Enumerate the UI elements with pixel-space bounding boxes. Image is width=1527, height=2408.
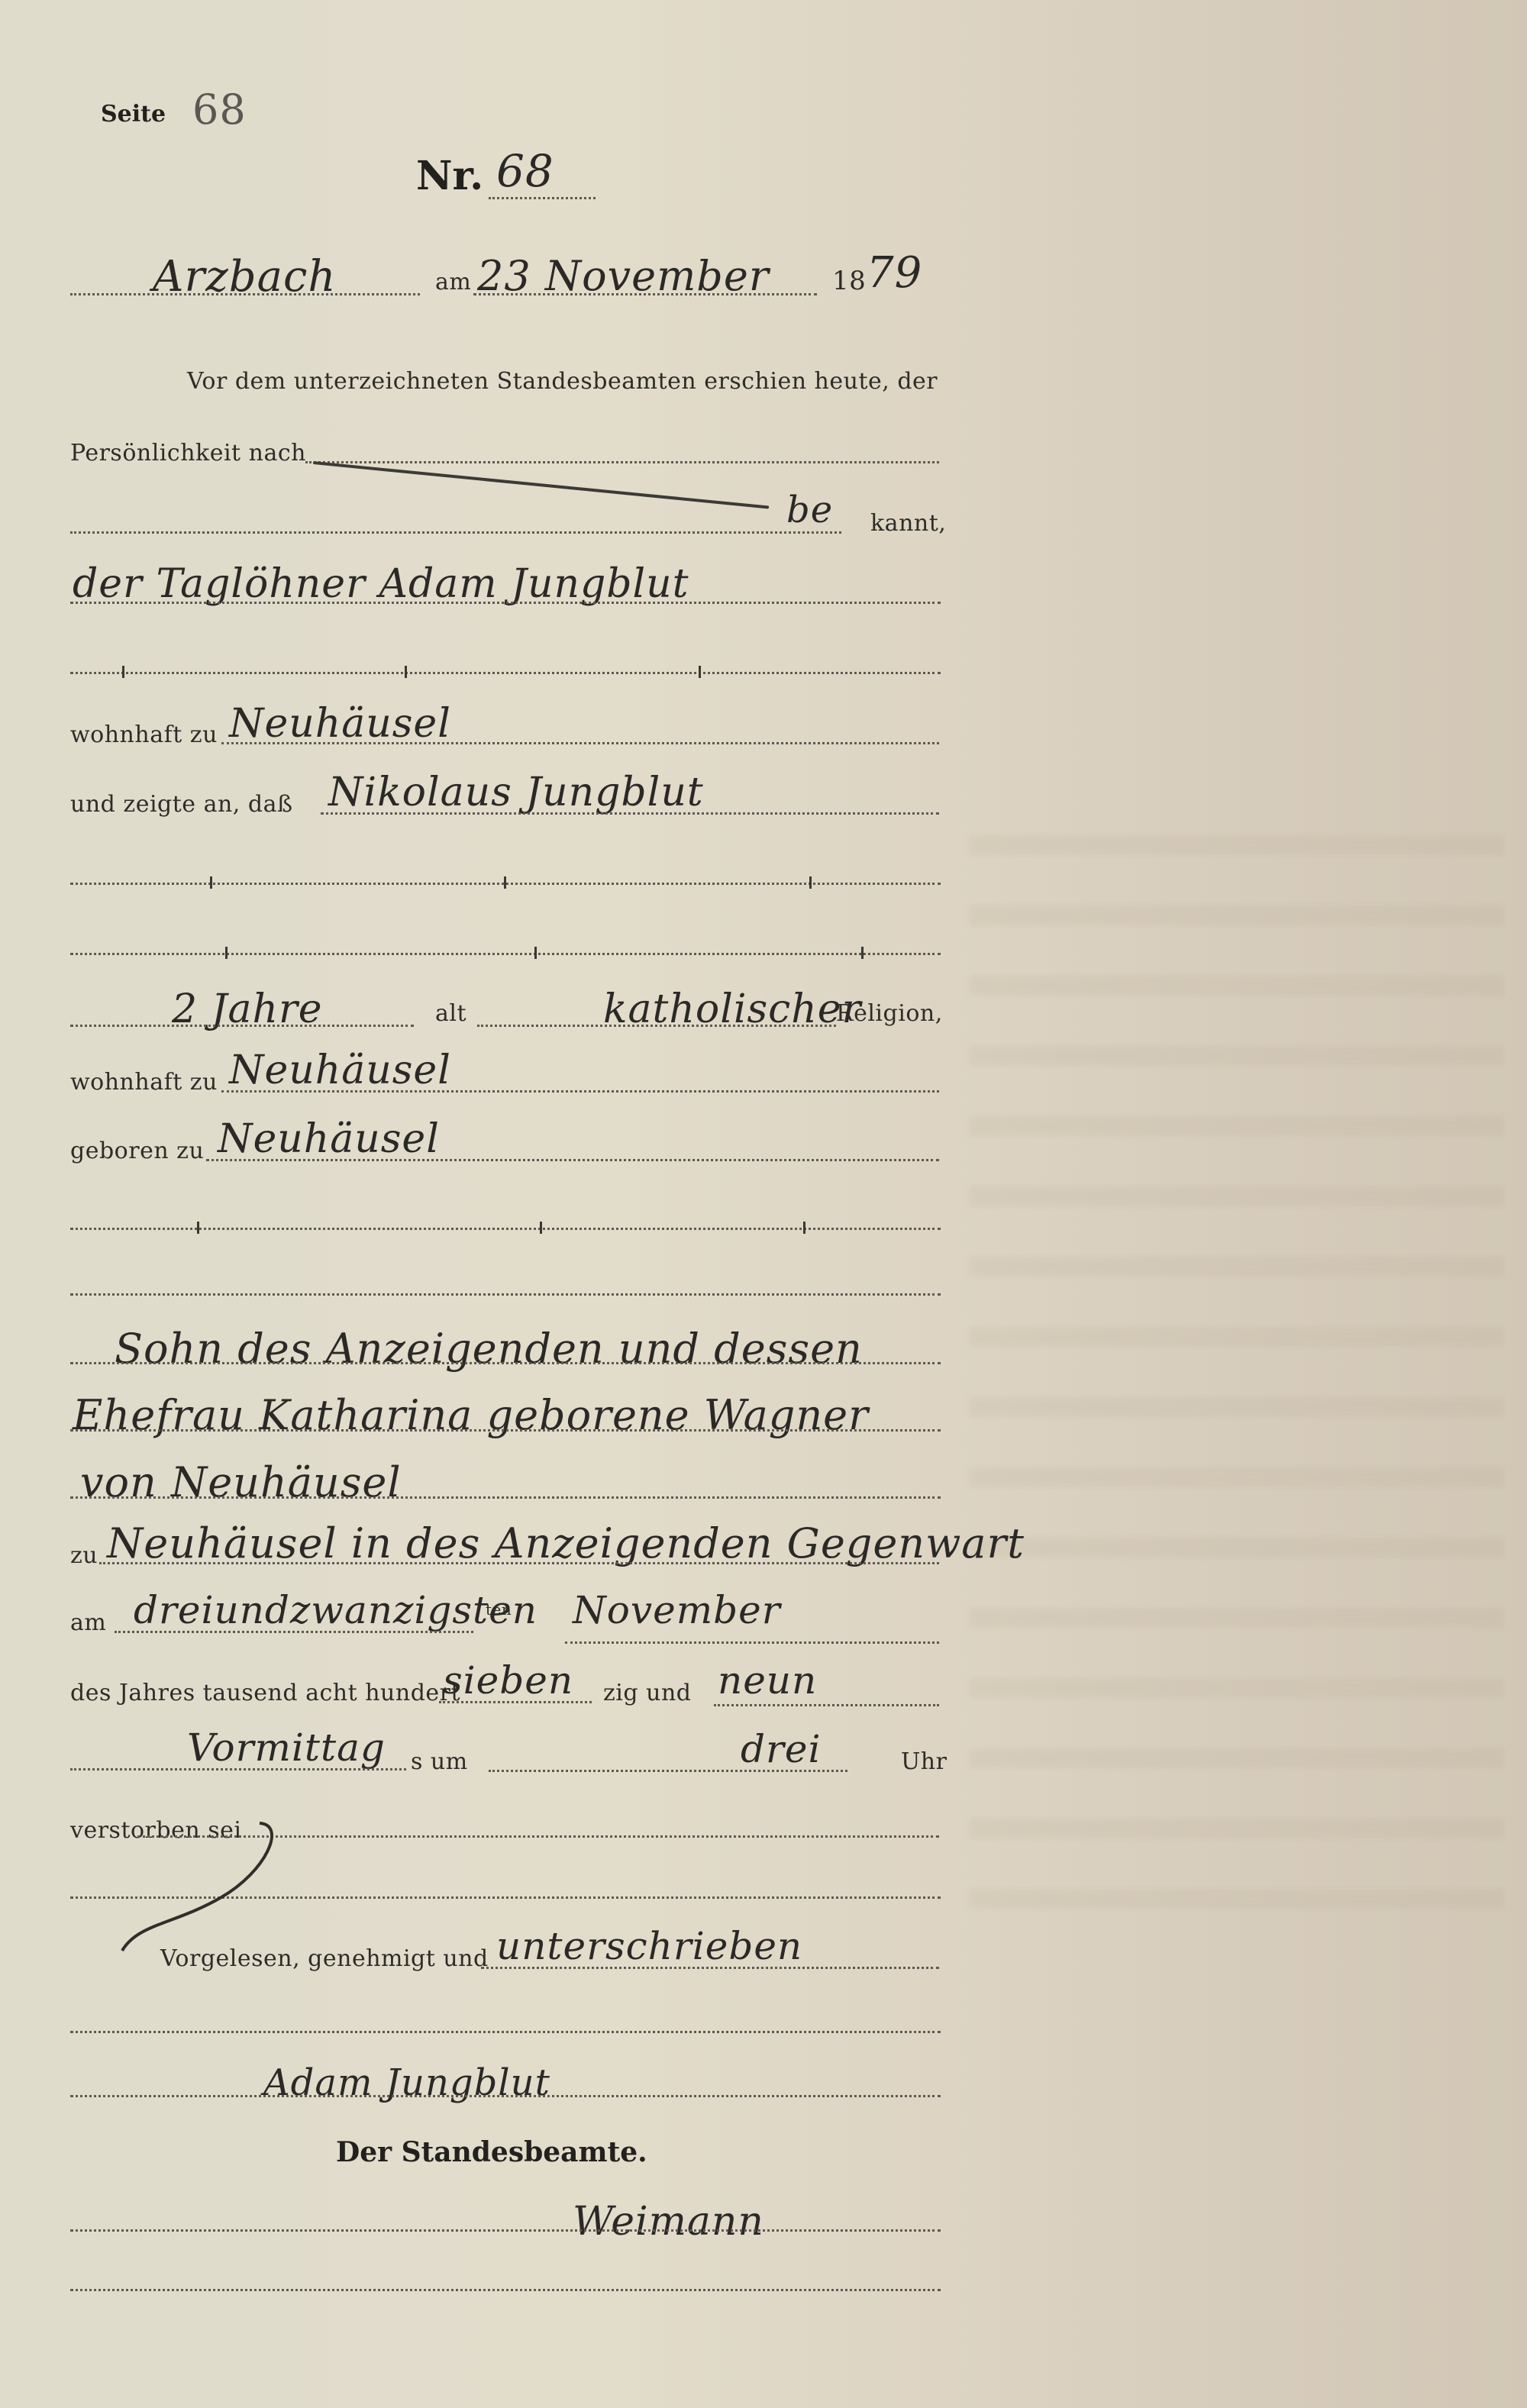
deceased-residence-rule	[221, 1090, 939, 1093]
identity-suffix-hand: be	[786, 489, 833, 531]
rule-tick	[699, 666, 701, 678]
blank-rule-7	[70, 2031, 941, 2033]
residence-label: wohnhaft zu	[70, 721, 218, 748]
residence-rule	[221, 742, 939, 744]
page-label: Seite	[101, 101, 166, 128]
register-page: Seite 68 Nr. 68 Arzbach am 23 November 1…	[0, 0, 1527, 2408]
identity-rule-1	[305, 461, 939, 463]
read-label: Vorgelesen, genehmigt und	[160, 1945, 489, 1972]
parents-line-2: Ehefrau Katharina geborene Wagner	[73, 1391, 869, 1439]
place-rule	[70, 293, 420, 295]
rule-tick	[405, 666, 407, 678]
time-of-day-rule	[70, 1768, 406, 1770]
blank-rule-4	[70, 1228, 941, 1230]
religion-label: Religion,	[836, 1000, 943, 1027]
blank-rule-8	[70, 2289, 941, 2291]
rule-tick	[210, 876, 212, 889]
signed-text: unterschrieben	[496, 1924, 802, 1968]
signed-rule	[481, 1967, 939, 1969]
brace-flourish	[107, 1817, 282, 1954]
death-day: dreiundzwanzigsten	[134, 1588, 538, 1632]
deceased-residence: Neuhäusel	[229, 1047, 451, 1093]
identity-rule-2	[70, 531, 841, 534]
rule-tick	[225, 947, 228, 959]
year-units: neun	[718, 1658, 817, 1703]
strike-through-line	[313, 461, 770, 509]
identity-suffix-print: kannt,	[870, 510, 946, 537]
year-zig-label: zig und	[603, 1680, 692, 1706]
blank-rule-3	[70, 953, 941, 955]
registrar-signature: Weimann	[573, 2199, 764, 2245]
death-month: November	[573, 1588, 781, 1632]
parents-rule-3	[70, 1496, 941, 1499]
death-month-rule	[565, 1641, 939, 1644]
death-day-rule	[115, 1631, 473, 1633]
year-tens-rule	[439, 1701, 592, 1703]
informant-residence: Neuhäusel	[229, 701, 451, 747]
rule-tick	[540, 1222, 542, 1234]
am-label: am	[435, 269, 471, 295]
registrar-title: Der Standesbeamte.	[336, 2136, 647, 2168]
deceased-residence-label: wohnhaft zu	[70, 1069, 218, 1096]
religion: katholischer	[603, 986, 861, 1032]
birthplace-rule	[206, 1159, 939, 1161]
rule-tick	[803, 1222, 805, 1234]
informant-signature-rule	[70, 2095, 941, 2097]
blank-rule-1	[70, 672, 941, 674]
parents-line-1: Sohn des Anzeigenden und dessen	[115, 1325, 863, 1373]
age-label: alt	[435, 1000, 466, 1027]
identity-label: Persönlichkeit nach	[70, 440, 306, 466]
death-place-label: zu	[70, 1542, 98, 1569]
rule-tick	[861, 947, 864, 959]
entry-number-rule	[489, 197, 596, 199]
rule-tick	[122, 666, 124, 678]
death-date-label: am	[70, 1609, 106, 1636]
blank-rule-5	[70, 1293, 941, 1296]
birthplace: Neuhäusel	[218, 1116, 440, 1162]
parents-rule-1	[70, 1362, 941, 1364]
time-suffix: s um	[411, 1748, 468, 1775]
death-place: Neuhäusel in des Anzeigenden Gegenwart	[107, 1519, 1025, 1567]
hour-label: Uhr	[901, 1748, 947, 1775]
year-label: des Jahres tausend acht hundert	[70, 1680, 460, 1706]
age-rule	[70, 1025, 414, 1027]
deceased-name-rule	[321, 812, 939, 815]
announce-label: und zeigte an, daß	[70, 791, 293, 818]
parents-line-3: von Neuhäusel	[80, 1458, 402, 1506]
time-of-day: Vormittag	[187, 1725, 386, 1770]
year-prefix: 18	[832, 266, 866, 296]
registrar-signature-rule	[70, 2229, 941, 2232]
year-tens: sieben	[443, 1658, 573, 1703]
entry-label: Nr.	[416, 153, 483, 199]
rule-tick	[534, 947, 537, 959]
informant-rule	[70, 602, 941, 604]
entry-number: 68	[496, 145, 554, 197]
intro-text: Vor dem unterzeichneten Standesbeamten e…	[187, 368, 938, 395]
year-suffix: 79	[867, 248, 922, 298]
informant-signature: Adam Jungblut	[263, 2061, 550, 2104]
parents-rule-2	[70, 1429, 941, 1432]
year-units-rule	[714, 1704, 939, 1706]
bleed-through-text	[970, 802, 1504, 1909]
page-number: 68	[192, 86, 247, 134]
death-place-rule	[99, 1562, 939, 1564]
rule-tick	[809, 876, 812, 889]
rule-tick	[504, 876, 506, 889]
rule-tick	[197, 1222, 199, 1234]
informant: der Taglöhner Adam Jungblut	[73, 561, 689, 607]
hour: drei	[741, 1727, 822, 1771]
date-rule	[473, 293, 817, 295]
death-day-suffix: ten	[486, 1600, 512, 1619]
birthplace-label: geboren zu	[70, 1138, 204, 1164]
deceased-name: Nikolaus Jungblut	[328, 770, 704, 815]
